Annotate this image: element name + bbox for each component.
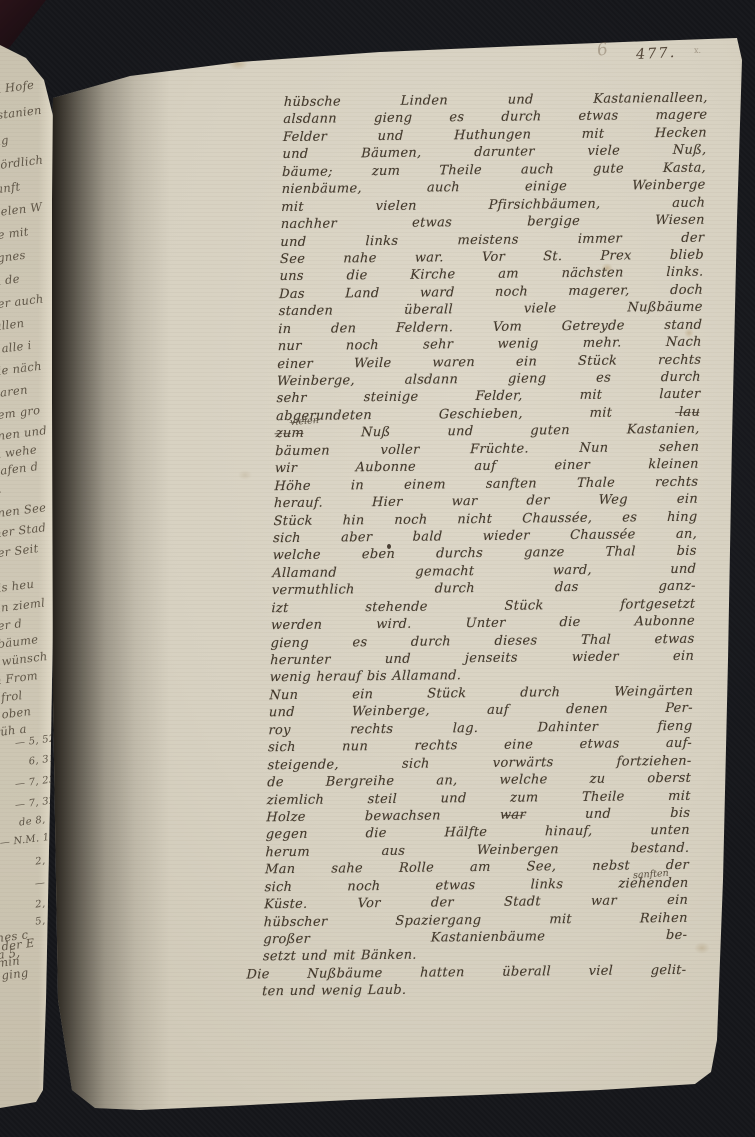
margin-text-fragment: nbäume — [0, 631, 60, 651]
margin-number-fragment: — 7, 23 — [0, 774, 56, 793]
margin-text-fragment: der Seit — [0, 540, 60, 560]
interlinear-insertion: v̶i̶e̶l̶e̶n̶ — [290, 415, 320, 428]
margin-number-fragment: — 7, 32 — [0, 795, 56, 814]
stain — [238, 470, 252, 480]
margin-text-fragment: d. — [0, 476, 60, 496]
margin-text-fragment: in From — [0, 667, 60, 687]
margin-text-fragment: lag — [0, 128, 60, 148]
margin-text-fragment: bis heu — [0, 575, 60, 595]
margin-text-fragment: m Hofe — [0, 76, 60, 96]
margin-text-fragment: die näch — [0, 358, 60, 378]
margin-text-fragment: agnes — [0, 245, 60, 265]
margin-text-fragment: n alle i — [0, 336, 60, 356]
margin-text-fragment: n wünsch — [0, 649, 60, 669]
margin-text-fragment: m de — [0, 268, 60, 288]
manuscript-text-block: hübsche Linden und Kastanienalleen,alsda… — [262, 90, 708, 1001]
margin-text-fragment: iner Stad — [0, 520, 60, 540]
ghost-mark: x. — [694, 46, 701, 55]
margin-text-fragment: waren — [0, 380, 60, 400]
stain — [694, 942, 710, 954]
margin-text-fragment: ber d — [0, 613, 60, 633]
margin-text-fragment: sanft — [0, 176, 60, 196]
margin-text-fragment: ne mit — [0, 222, 60, 242]
margin-number-fragment: de 8, 1 — [0, 813, 56, 832]
margin-text-fragment: ein zieml — [0, 595, 60, 615]
margin-text-fragment: Nördlich — [0, 152, 60, 172]
margin-number-fragment: 6, 31 — [0, 753, 56, 772]
scan-background: m HofeastanienlagNördlichsanftvielen Wne… — [0, 0, 755, 1137]
margin-number-fragment: 2, 1 — [0, 897, 56, 916]
margin-text-fragment: astanien — [0, 102, 60, 122]
margin-text-fragment: nnen und — [0, 423, 60, 443]
margin-text-fragment: Hafen d — [0, 458, 60, 478]
stain — [228, 58, 248, 70]
margin-number-fragment: — ‥ — [0, 876, 56, 895]
margin-text-fragment: fallen — [0, 313, 60, 333]
ghost-digit: 6 — [595, 39, 609, 61]
margin-text-fragment: vielen W — [0, 199, 60, 219]
page-number: 477. — [636, 45, 677, 63]
margin-text-fragment: dem gro — [0, 402, 60, 422]
margin-number-fragment: — N.M. 1, 3 — [0, 831, 56, 850]
margin-text-fragment: gnen See — [0, 500, 60, 520]
margin-text-fragment: der auch — [0, 291, 60, 311]
margin-number-fragment: 2, 4 — [0, 854, 56, 873]
